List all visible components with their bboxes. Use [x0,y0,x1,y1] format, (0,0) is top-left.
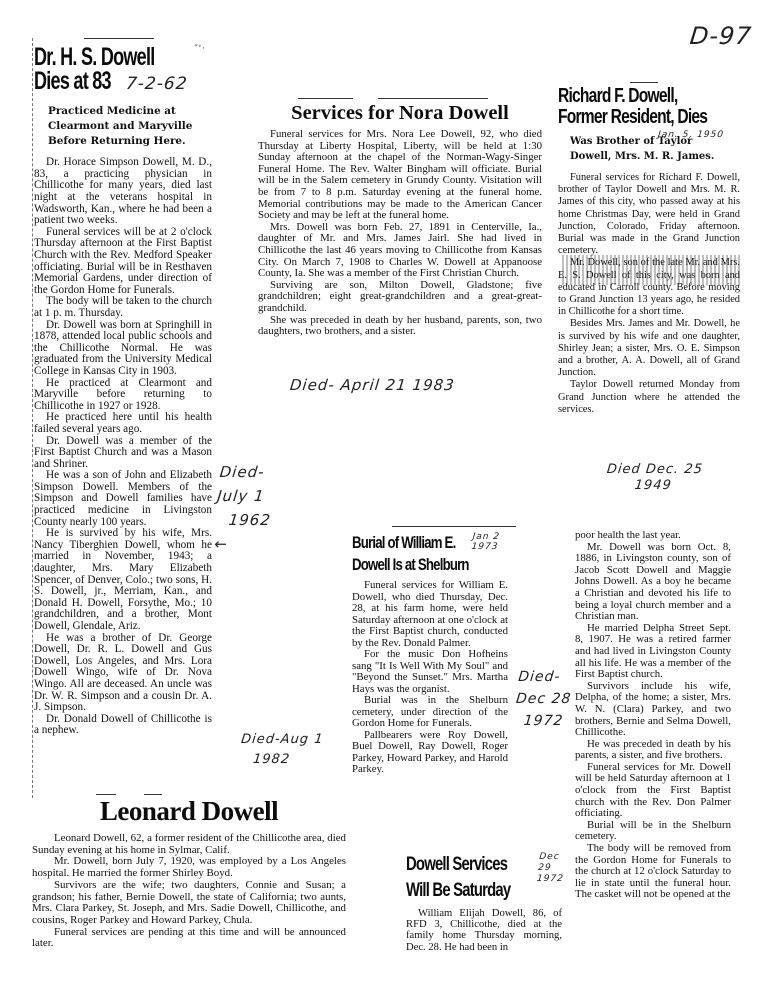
article-william-services-continued: poor health the last year. Mr. Dowell wa… [575,530,731,901]
top-rule [96,794,116,795]
paragraph-continued: poor health the last year. [575,530,731,542]
paragraph: The body will be removed from the Gordon… [575,843,731,901]
paragraph: Dr. Donald Dowell of Chillicothe is a ne… [34,714,212,737]
top-rule [144,794,162,795]
paragraph: He was a brother of Dr. George Dowell, D… [34,633,212,714]
headline-line2: Dowell Is at Shelburn [352,554,528,576]
top-rule [392,526,516,527]
paragraph: Surviving are son, Milton Dowell, Gladst… [258,280,542,315]
paragraph: He is survived by his wife, Mrs. Nancy T… [34,528,212,632]
smudged-area [562,255,740,285]
handwritten-date: Jan 2 1973 [471,532,509,552]
article-leonard-dowell: Leonard Dowell Leonard Dowell, 62, a for… [32,792,346,950]
paragraph: Mrs. Dowell was born Feb. 27, 1891 in Ce… [258,222,542,280]
article-richard-dowell: Richard F. Dowell, Former Resident, Dies… [558,82,740,416]
arrow-icon: ← [211,532,270,556]
article-body: Funeral services for William E. Dowell, … [352,580,508,776]
article-body: Funeral services for Richard F. Dowell, … [558,172,740,416]
note-line: 1949 [604,478,702,494]
paragraph: He practiced here until his health faile… [34,412,212,435]
article-william-services: Dowell Services Will Be Saturday Dec 29 … [406,852,562,953]
paragraph: Pallbearers were Roy Dowell, Buel Dowell… [352,730,508,776]
deck-line: Clearmont and Maryville [48,119,212,134]
handwritten-date: Dec 29 1972 [536,852,567,885]
headline-line2: Will Be Saturday [406,878,593,904]
headline-line1: Richard F. Dowell, [558,86,745,107]
paragraph: Funeral services are pending at this tim… [32,927,346,950]
paragraph: Burial will be in the Shelburn cemetery. [575,820,731,843]
handwritten-note-richard: Died Dec. 25 1949 [604,462,703,494]
paragraph: Taylor Dowell returned Monday from Grand… [558,379,740,416]
handwritten-note-nora: Died- April 21 1983 [289,376,456,394]
paragraph: He practiced at Clearmont and Maryville … [34,378,212,413]
paragraph: Besides Mrs. James and Mr. Dowell, he is… [558,318,740,379]
top-rule [378,98,488,99]
paragraph: William Elijah Dowell, 86, of RFD 3, Chi… [406,908,562,953]
headline-line2: Former Resident, Dies [558,107,745,128]
paragraph: Funeral services for William E. Dowell, … [352,580,508,649]
deck: Practiced Medicine at Clearmont and Mary… [48,104,212,149]
paragraph: Dr. Dowell was a member of the First Bap… [34,436,212,471]
article-body: Funeral services for Mrs. Nora Lee Dowel… [258,129,542,338]
article-body: Dr. Horace Simpson Dowell, M. D., 83, a … [34,157,212,737]
paragraph: Funeral services for Mr. Dowell will be … [575,762,731,820]
paragraph: The body will be taken to the church at … [34,296,212,319]
clipping-edge [32,38,34,798]
note-line: Died- [517,666,575,688]
paragraph: He was preceded in death by his parents,… [575,739,731,762]
reference-code: D-97 [689,22,754,50]
paragraph: Mr. Dowell, born July 7, 1920, was emplo… [32,856,346,879]
paragraph: Mr. Dowell was born Oct. 8, 1886, in Liv… [575,542,731,623]
deck-line: Dowell, Mrs. M. R. James. [570,149,740,164]
article-nora-dowell: Services for Nora Dowell Funeral service… [258,102,542,338]
paragraph: He married Delpha Street Sept. 8, 1907. … [575,623,731,681]
paragraph: Funeral services for Richard F. Dowell, … [558,172,740,257]
headline: Leonard Dowell [32,796,346,827]
note-line: Died Dec. 25 [606,462,704,478]
handwritten-note-william: Died- Dec 28 1972 [513,666,575,732]
note-line: 1972 [513,710,571,732]
paragraph: Funeral services will be at 2 o'clock Th… [34,227,212,297]
paragraph: Dr. Dowell was born at Springhill in 187… [34,320,212,378]
paragraph: Dr. Horace Simpson Dowell, M. D., 83, a … [34,157,212,227]
top-rule [630,82,658,83]
deck-line: Practiced Medicine at [48,104,212,119]
note-line: Died-Aug 1 [240,730,324,750]
note-line: 1962 [213,508,272,532]
headline: Services for Nora Dowell [258,102,542,125]
paragraph: She was preceded in death by her husband… [258,315,542,338]
paragraph: For the music Don Hofheins sang "It Is W… [352,649,508,695]
article-body: William Elijah Dowell, 86, of RFD 3, Chi… [406,908,562,953]
article-body: Leonard Dowell, 62, a former resident of… [32,833,346,950]
paragraph: Survivors include his wife, Delpha, of t… [575,681,731,739]
top-rule [298,98,353,99]
article-william-burial: Burial of William E. Dowell Is at Shelbu… [352,528,508,776]
note-line: Dec 28 [515,688,573,710]
handwritten-note-hs-dowell: Died- July 1 1962 ← [211,460,277,556]
paragraph: Burial was in the Shelburn cemetery, und… [352,695,508,730]
paragraph: Funeral services for Mrs. Nora Lee Dowel… [258,129,542,222]
note-line: July 1 [216,484,275,508]
note-line: Died- [219,460,278,484]
handwritten-note-leonard: Died-Aug 1 1982 [238,730,325,770]
paragraph: Survivors are the wife; two daughters, C… [32,880,346,927]
note-line: 1982 [238,750,322,770]
paragraph: Leonard Dowell, 62, a former resident of… [32,833,346,856]
handwritten-date: 7-2-62 [125,74,189,94]
deck-line: Before Returning Here. [48,134,212,149]
paragraph: He was a son of John and Elizabeth Simps… [34,470,212,528]
article-hs-dowell: ″'· Dr. H. S. Dowell Dies at 83 7-2-62 P… [34,38,212,737]
top-rule [84,38,154,39]
handwritten-date: Jan. 5, 1950 [657,130,724,140]
